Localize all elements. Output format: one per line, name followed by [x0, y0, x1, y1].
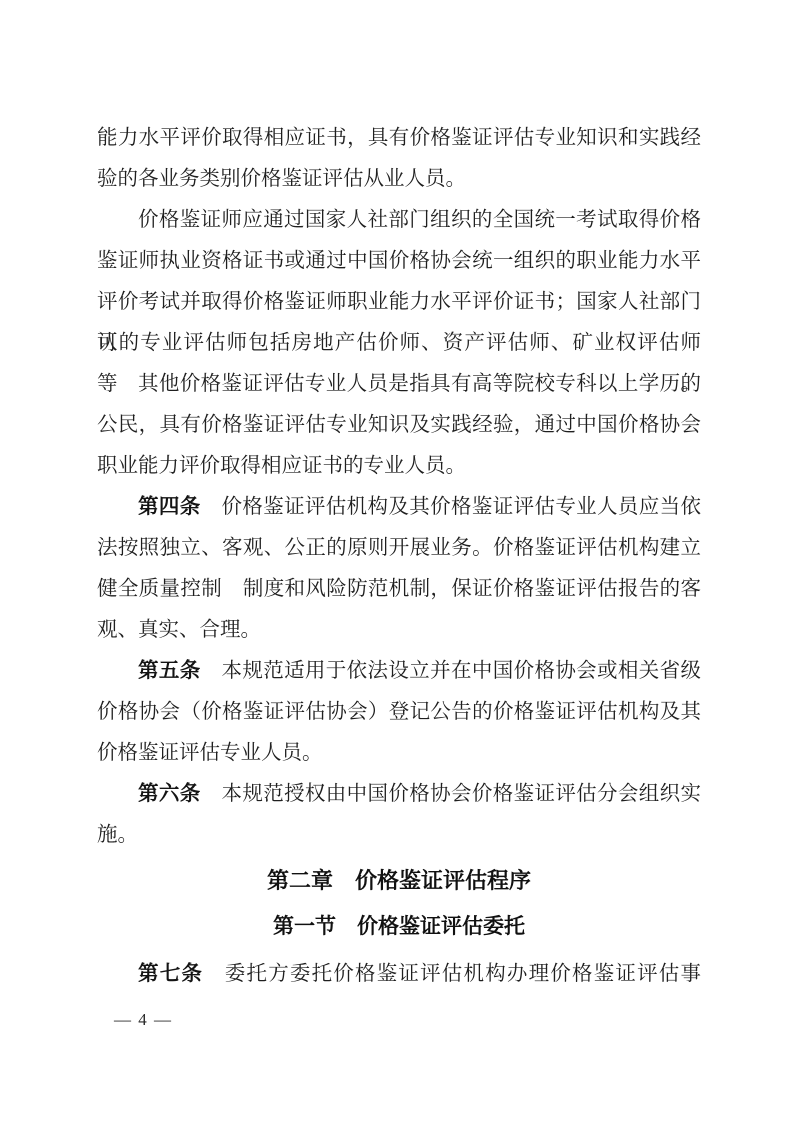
- document-page: 能力水平评价取得相应证书，具有价格鉴证评估专业知识和实践经验的各业务类别价格鉴证…: [0, 0, 793, 1122]
- article-number: 第六条: [138, 783, 201, 805]
- text-line: 法按照独立、客观、公正的原则开展业务。价格鉴证评估机构建立: [97, 528, 701, 569]
- text-line: 施。: [97, 815, 701, 856]
- text-line: 观、真实、合理。: [97, 610, 701, 651]
- text-line: 鉴证师执业资格证书或通过中国价格协会统一组织的职业能力水平: [97, 241, 701, 282]
- article-number: 第五条: [138, 660, 201, 682]
- text-line: 评价考试并取得价格鉴证师职业能力水平评价证书；国家人社部门认: [97, 282, 701, 323]
- text-line: 验的各业务类别价格鉴证评估从业人员。: [97, 159, 701, 200]
- text-line: 价格鉴证师应通过国家人社部门组织的全国统一考试取得价格: [97, 200, 701, 241]
- text-line: 可的专业评估师包括房地产估价师、资产评估师、矿业权评估师等。: [97, 323, 701, 364]
- text-line: 第五条 本规范适用于依法设立并在中国价格协会或相关省级: [97, 651, 701, 692]
- text-line: 能力水平评价取得相应证书，具有价格鉴证评估专业知识和实践经: [97, 118, 701, 159]
- text-line: 第四条 价格鉴证评估机构及其价格鉴证评估专业人员应当依: [97, 487, 701, 528]
- article-number: 第七条: [138, 963, 203, 985]
- article-number: 第四条: [138, 496, 201, 518]
- text-line: 公民，具有价格鉴证评估专业知识及实践经验，通过中国价格协会: [97, 405, 701, 446]
- chapter-heading: 第二章 价格鉴证评估程序: [97, 858, 701, 904]
- text-line: 其他价格鉴证评估专业人员是指具有高等院校专科以上学历的: [97, 364, 701, 405]
- text-line: 价格鉴证评估专业人员。: [97, 733, 701, 774]
- text-line: 职业能力评价取得相应证书的专业人员。: [97, 446, 701, 487]
- text-line: 第七条 委托方委托价格鉴证评估机构办理价格鉴证评估事: [97, 954, 701, 995]
- text-block: 能力水平评价取得相应证书，具有价格鉴证评估专业知识和实践经验的各业务类别价格鉴证…: [97, 118, 701, 995]
- page-number: — 4 —: [114, 1010, 173, 1030]
- text-line: 价格协会（价格鉴证评估协会）登记公告的价格鉴证评估机构及其: [97, 692, 701, 733]
- text-line: 第六条 本规范授权由中国价格协会价格鉴证评估分会组织实: [97, 774, 701, 815]
- text-line: 健全质量控制 制度和风险防范机制，保证价格鉴证评估报告的客: [97, 569, 701, 610]
- section-heading: 第一节 价格鉴证评估委托: [97, 904, 701, 948]
